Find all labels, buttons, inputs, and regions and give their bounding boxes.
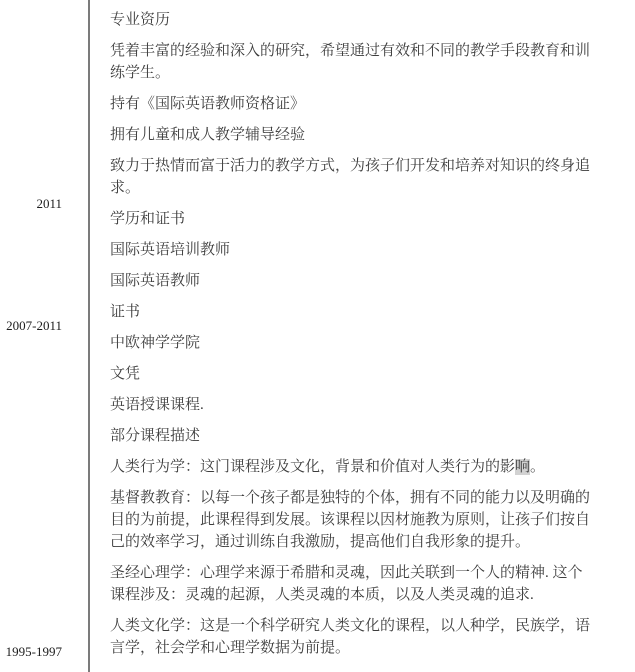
para-intl-english-training-teacher: 国际英语培训教师 <box>110 239 623 261</box>
para-diploma: 文凭 <box>110 363 623 385</box>
timeline-divider-line <box>88 0 90 672</box>
highlighted-character: 响 <box>515 459 530 475</box>
para-teaching-style: 致力于热情而富于活力的教学方式，为孩子们开发和培养对知识的终身追 求。 <box>110 155 623 199</box>
para-experience-summary: 凭着丰富的经验和深入的研究，希望通过有效和不同的教学手段教育和训 练学生。 <box>110 40 623 84</box>
heading-education-and-certificates: 学历和证书 <box>110 208 623 230</box>
timeline-date-2011: 2011 <box>0 196 62 211</box>
para-english-taught-course: 英语授课课程. <box>110 394 623 416</box>
para-christian-education-course: 基督教教育：以每一个孩子都是独特的个体，拥有不同的能力以及明确的 目的为前提，此… <box>110 487 623 553</box>
timeline-date-column: 2011 2007-2011 1995-1997 <box>0 0 62 672</box>
heading-course-descriptions: 部分课程描述 <box>110 425 623 447</box>
timeline-date-1995-1997: 1995-1997 <box>0 644 62 659</box>
para-human-culture-course: 人类文化学：这是一个科学研究人类文化的课程，以人种学，民族学，语 言学，社会学和… <box>110 615 623 659</box>
para-intl-english-teacher: 国际英语教师 <box>110 270 623 292</box>
para-human-behavior-period: 。 <box>530 459 545 475</box>
para-school-name: 中欧神学学院 <box>110 332 623 354</box>
para-human-behavior-course: 人类行为学：这门课程涉及文化，背景和价值对人类行为的影响。 <box>110 456 623 478</box>
resume-content-column: 专业资历 凭着丰富的经验和深入的研究，希望通过有效和不同的教学手段教育和训 练学… <box>110 0 623 668</box>
para-tutoring-experience: 拥有儿童和成人教学辅导经验 <box>110 124 623 146</box>
para-certificate-label: 证书 <box>110 301 623 323</box>
heading-professional-experience: 专业资历 <box>110 9 623 31</box>
para-biblical-psychology-course: 圣经心理学：心理学来源于希腊和灵魂，因此关联到一个人的精神. 这个 课程涉及：灵… <box>110 562 623 606</box>
para-certificate-held: 持有《国际英语教师资格证》 <box>110 93 623 115</box>
para-human-behavior-text: 人类行为学：这门课程涉及文化，背景和价值对人类行为的影 <box>110 459 515 475</box>
timeline-date-2007-2011: 2007-2011 <box>0 318 62 333</box>
